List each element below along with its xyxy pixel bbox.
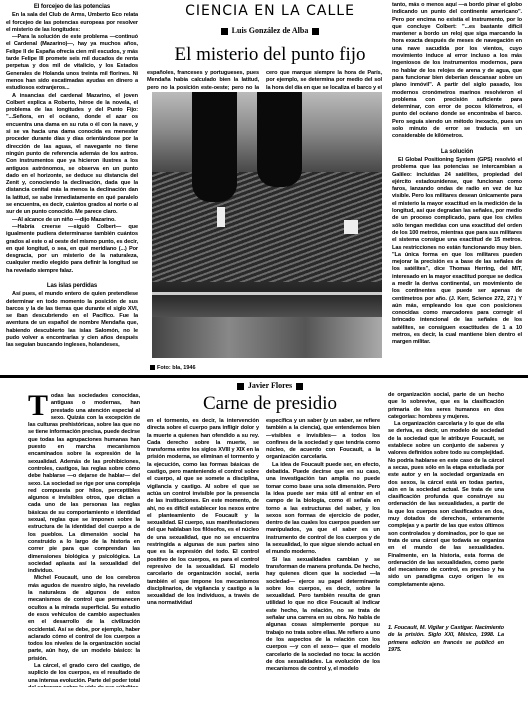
- square-bullet-icon: [296, 383, 303, 390]
- article2-byline: Javier Flores: [150, 381, 390, 390]
- footnote: 1. Foucault, M. Vigilar y Castigar. Naci…: [388, 625, 504, 655]
- square-bullet-icon: [237, 383, 244, 390]
- paragraph: La organización carcelaria y lo que de e…: [388, 421, 504, 589]
- subhead: Las islas perdidas: [6, 283, 138, 290]
- shoe-left: [192, 92, 237, 202]
- paragraph: Michel Foucault, uno de los cerebros más…: [28, 575, 140, 663]
- paragraph: El Global Positioning System (GPS) resol…: [392, 157, 522, 347]
- paragraph: españoles, franceses y portugueses, pues…: [147, 70, 259, 92]
- article2-column-4: de organización social, parte de un hech…: [388, 392, 504, 622]
- paragraph: tanto, más o menos aquí —a bordo pinar e…: [392, 2, 522, 141]
- article1-column-2a: españoles, franceses y portugueses, pues…: [147, 70, 259, 92]
- article-divider: [0, 375, 528, 378]
- square-bullet-icon: [150, 365, 155, 370]
- paragraph: Así pues, el mundo entero de quien prete…: [6, 291, 138, 347]
- byline-text: Luis González de Alba: [232, 26, 309, 35]
- paragraph: de organización social, parte de un hech…: [388, 392, 504, 421]
- section-title: CIENCIA EN LA CALLE: [150, 3, 390, 19]
- paragraph: específica y un saber (y un saber, se re…: [266, 418, 380, 462]
- paragraph: La cárcel, el grado cero del castigo, de…: [28, 663, 140, 687]
- byline-text: Javier Flores: [248, 381, 292, 390]
- paragraph: A insancias del cardenal Mazarino, el jo…: [6, 93, 138, 217]
- paragraph: Si las sexualidades cambian y se transfo…: [266, 557, 380, 674]
- article2-column-2: en el tormento, es decir, la intervenció…: [147, 418, 259, 687]
- article2-title: Carne de presidio: [150, 393, 390, 415]
- paragraph: cero que marque siempre la hora de París…: [266, 70, 382, 92]
- article1-byline: Luis González de Alba: [150, 26, 390, 35]
- photo-shoes-over-rooftops: [152, 92, 382, 358]
- subhead: El forcejeo de las potencias: [6, 4, 138, 11]
- paragraph: —Habría creerse —siguió Colbert— que igu…: [6, 224, 138, 275]
- square-bullet-icon: [221, 28, 228, 35]
- drop-cap: T: [28, 394, 48, 418]
- article1-column-3: tanto, más o menos aquí —a bordo pinar e…: [392, 2, 522, 357]
- article1-title: El misterio del punto fijo: [150, 44, 390, 66]
- paragraph: en el tormento, es decir, la intervenció…: [147, 418, 259, 608]
- subhead: La solución: [392, 149, 522, 156]
- article2-column-1: Todas las sociedades conocidas, antiguas…: [28, 393, 140, 687]
- paragraph: La idea de Foucault puede ser, en efecto…: [266, 462, 380, 557]
- square-bullet-icon: [312, 28, 319, 35]
- paragraph: —Para la solución de este problema —cont…: [6, 34, 138, 92]
- shoe-right: [257, 92, 302, 187]
- photo-caption: Foto: bla, 1946: [150, 365, 196, 371]
- article1-column-1: El forcejeo de las potencias En la sala …: [6, 2, 138, 347]
- article2-column-3: específica y un saber (y un saber, se re…: [266, 418, 380, 687]
- footnote-text: 1. Foucault, M. Vigilar y Castigar. Naci…: [388, 625, 504, 654]
- caption-text: Foto: bla, 1946: [157, 365, 196, 371]
- paragraph: —Al alcance de un niño —dijo Mazarino.: [6, 217, 138, 224]
- article1-column-2b: cero que marque siempre la hora de París…: [266, 70, 382, 92]
- paragraph: En la sala del Club de Arms, Umberto Eco…: [6, 12, 138, 34]
